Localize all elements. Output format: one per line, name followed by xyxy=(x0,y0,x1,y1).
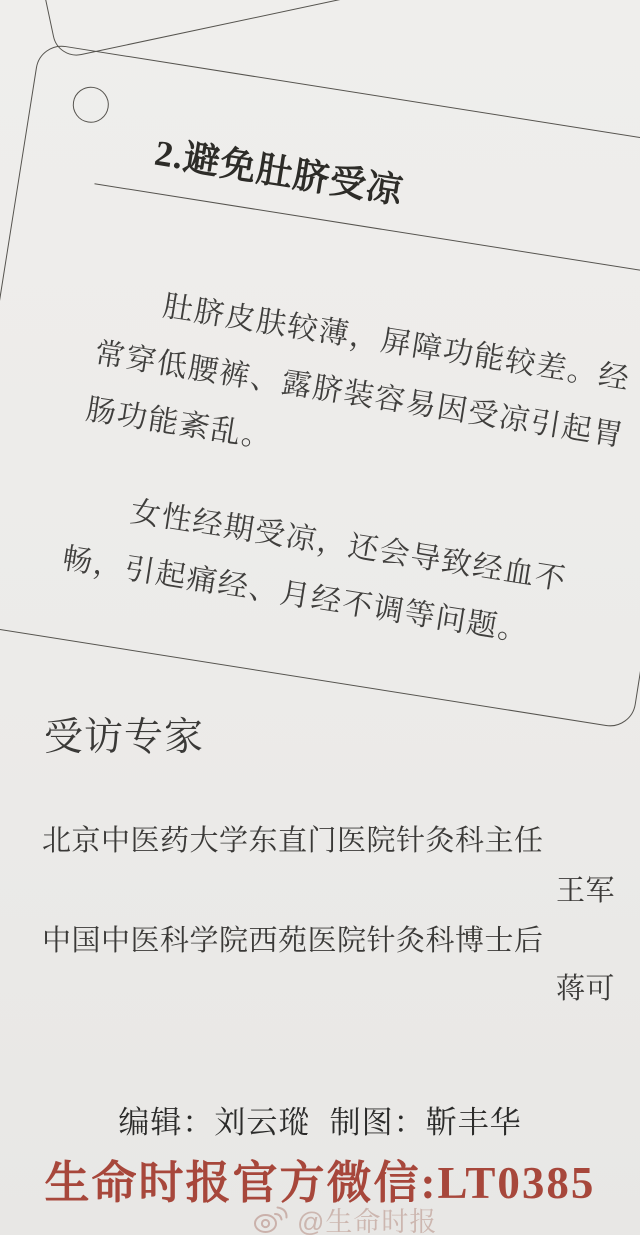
infographic-page: 2.避免肚脐受凉 肚脐皮肤较薄，屏障功能较差。经 常穿低腰裤、露脐装容易因受凉引… xyxy=(0,0,640,1235)
note-card: 2.避免肚脐受凉 肚脐皮肤较薄，屏障功能较差。经 常穿低腰裤、露脐装容易因受凉引… xyxy=(0,42,640,730)
expert-name: 蒋可 xyxy=(556,966,615,1007)
punch-hole-circle xyxy=(70,84,111,125)
paragraph-1: 肚脐皮肤较薄，屏障功能较差。经 常穿低腰裤、露脐装容易因受凉引起胃 肠功能紊乱。 xyxy=(82,268,640,524)
weibo-watermark: @生命时报 xyxy=(253,1200,437,1235)
credits-line: 编辑：刘云瑽 制图：靳丰华 xyxy=(0,1097,640,1142)
expert-affiliation: 中国中医科学院西苑医院针灸科博士后 xyxy=(42,918,544,959)
weibo-icon xyxy=(253,1205,289,1234)
expert-affiliation: 北京中医药大学东直门医院针灸科主任 xyxy=(42,818,544,859)
expert-name: 王军 xyxy=(556,868,615,909)
experts-heading: 受访专家 xyxy=(44,706,204,762)
watermark-text: @生命时报 xyxy=(297,1200,437,1235)
